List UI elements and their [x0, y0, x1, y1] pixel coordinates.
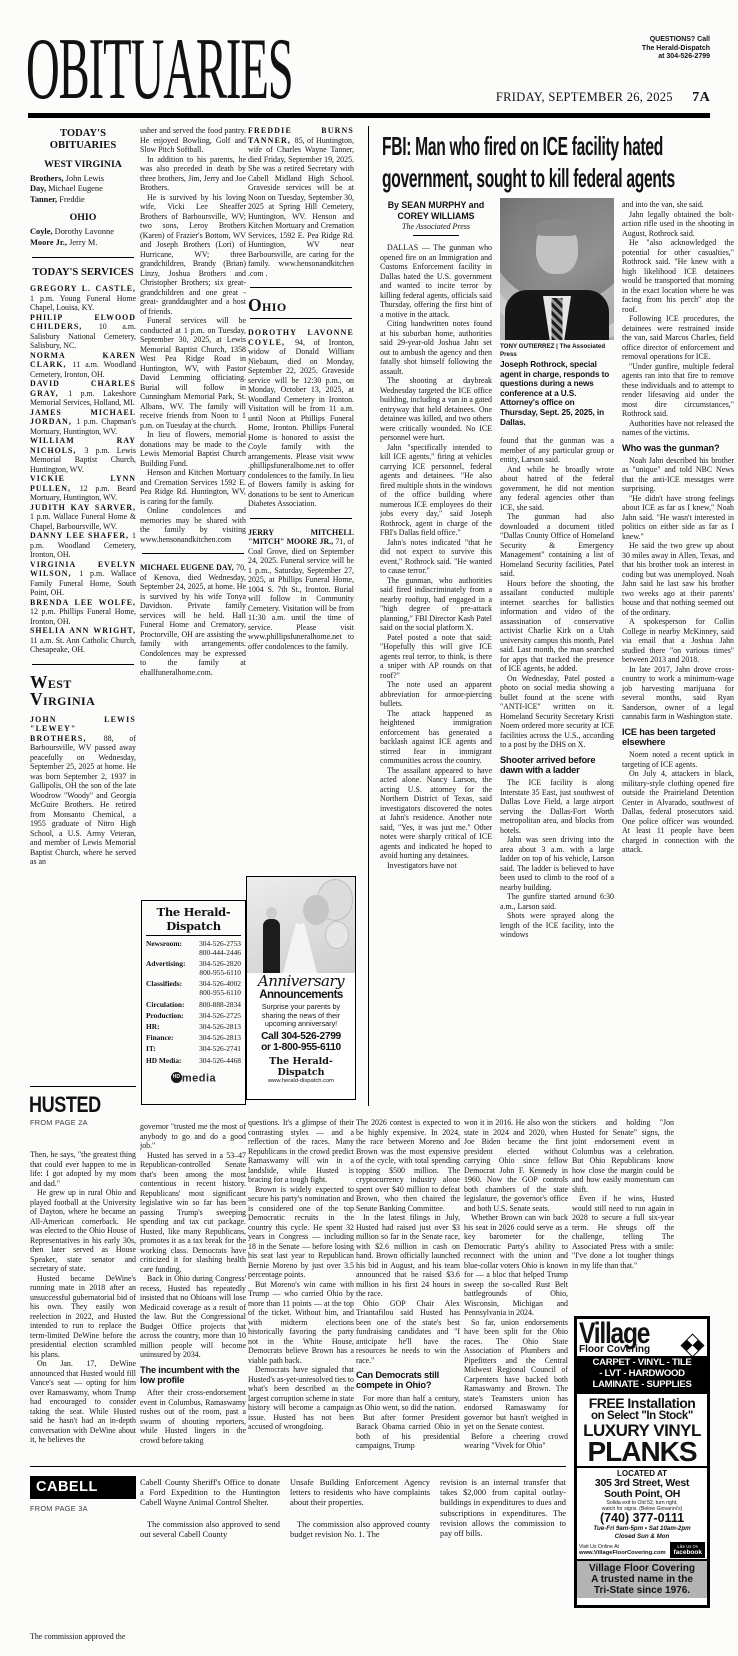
obituary-text: JOHN LEWIS "LEWEY" BROTHERS,88, of Barbo…	[30, 715, 136, 867]
obit-brothers-part1: JOHN LEWIS "LEWEY" BROTHERS,88, of Barbo…	[30, 715, 136, 867]
contact-row: Advertising: 304-526-2820800-955-6110	[146, 959, 241, 977]
article-paragraph: On Jan. 17, DeWine announced that Husted…	[30, 1359, 136, 1445]
husted-column-5: won it in 2016. He also won the state in…	[464, 1118, 568, 1462]
article-paragraph: The shooting at daybreak Wednesday targe…	[380, 376, 492, 443]
ad-phone: (740) 377-0111	[577, 1512, 707, 1525]
obits-column-3: FREDDIE BURNS TANNER,85, of Huntington, …	[248, 126, 354, 874]
obituary-text: Funeral services will be conducted at 1 …	[140, 316, 246, 430]
byline: By SEAN MURPHY and COREY WILLIAMS	[380, 200, 492, 221]
article-paragraph: found that the gunman was a member of an…	[500, 436, 614, 465]
obituary-text: He is survived by his loving wife, Vicki…	[140, 193, 246, 317]
divider	[250, 287, 352, 288]
location-block: LOCATED AT 305 3rd Street, West South Po…	[577, 1466, 707, 1540]
ad-brand: The Herald-Dispatch	[247, 1056, 355, 1078]
article-paragraph: Patel posted a note that said: "Hopefull…	[380, 633, 492, 681]
newspaper-page: OBITUARIES QUESTIONS? Call The Herald-Di…	[0, 0, 738, 1656]
article-paragraph: The incumbent with the low profile	[140, 1365, 246, 1386]
dateline: FRIDAY, SEPTEMBER 26, 2025 7A	[496, 90, 710, 106]
wv-obit-index: Brothers,John LewisDay,Michael EugeneTan…	[30, 174, 136, 205]
article-text: and into the van, she said.Jahn legally …	[622, 200, 734, 855]
husted-column-4: The 2026 contest is expected to be highl…	[356, 1118, 460, 1462]
article-paragraph: On July 4, attackers in black, military-…	[622, 769, 734, 855]
herald-dispatch-contact-box: The Herald-Dispatch Newsroom: 304-526-27…	[141, 900, 246, 1105]
balloon-icon	[325, 921, 349, 949]
service-entry: PHILIP ELWOOD CHILDERS,10 a.m. Salisbury…	[30, 313, 136, 351]
divider	[30, 1086, 136, 1087]
ad-script-word: Anniversary	[247, 974, 355, 989]
article-paragraph: The gunfire started around 6:30 a.m., La…	[500, 892, 614, 911]
obit-tanner: FREDDIE BURNS TANNER,85, of Huntington, …	[248, 126, 354, 278]
offer-block: FREE Installation on Select "In Stock" L…	[577, 1392, 707, 1466]
article-paragraph: Husted became DeWine's running mate in 2…	[30, 1274, 136, 1360]
online-block: Visit Us Online At www.VillageFloorCover…	[577, 1541, 707, 1559]
service-entry: VICKIE LYNN PULLEN,12 p.m. Beard Mortuar…	[30, 474, 136, 503]
divider	[30, 1466, 566, 1467]
service-entry: WILLIAM RAY NICHOLS,3 p.m. Lewis Memoria…	[30, 436, 136, 474]
fbi-column-1: By SEAN MURPHY and COREY WILLIAMS The As…	[380, 198, 492, 1106]
article-paragraph: He said the two grew up about 30 miles a…	[622, 541, 734, 617]
cabell-lead-in: The commission approved the	[30, 1632, 136, 1652]
service-entry: SHELIA ANN WRIGHT,11 a.m. St. Ann Cathol…	[30, 626, 136, 655]
article-paragraph: "He didn't have strong feelings about IC…	[622, 494, 734, 542]
article-paragraph: Jahn legally obtained the bolt-action ri…	[622, 210, 734, 239]
speaker-figure	[552, 298, 563, 340]
husted-column-6: stickers and holding "Jon Husted for Sen…	[572, 1118, 674, 1314]
cabell-jump-label: CABELL	[30, 1476, 136, 1499]
obit-day: MICHAEL EUGENE DAY,70, of Kenova, died W…	[140, 563, 246, 677]
article-paragraph: Husted has served in a 53–47 Republican-…	[140, 1151, 246, 1275]
article-paragraph: The commission also approved county budg…	[290, 1520, 430, 1540]
balloon-icon	[303, 895, 329, 925]
obituary-text: FREDDIE BURNS TANNER,85, of Huntington, …	[248, 126, 354, 278]
article-paragraph: "Under gunfire, multiple federal agents …	[622, 362, 734, 419]
ad-logo: Village Floor Covering	[577, 1319, 707, 1356]
list-item: Brothers,John Lewis	[30, 174, 136, 184]
obits-column-2: usher and served the food pantry. He enj…	[140, 126, 246, 898]
ad-title: Announcements	[247, 989, 355, 1001]
husted-from-page: FROM PAGE 2A	[30, 1118, 88, 1127]
wedding-couple-photo	[247, 877, 355, 973]
village-floor-covering-ad: Village Floor Covering CARPET - VINYL - …	[574, 1316, 710, 1608]
article-paragraph: The ICE facility is along Interstate 35 …	[500, 778, 614, 835]
article-paragraph: Can Democrats still compete in Ohio?	[356, 1370, 460, 1391]
service-entry: JUDITH KAY SARVER,1 p.m. Wallace Funeral…	[30, 503, 136, 532]
article-paragraph: After their cross-endorsement event in C…	[140, 1388, 246, 1445]
list-item: Moore Jr.,Jerry M.	[30, 238, 136, 248]
article-paragraph: Who was the gunman?	[622, 443, 734, 453]
page-number: 7A	[692, 90, 710, 105]
fbi-column-2: TONY GUTIERREZ | The Associated Press Jo…	[500, 198, 614, 1106]
article-paragraph: Ohio GOP Chair Alex Triantafilou said Hu…	[356, 1299, 460, 1366]
obits-index-column: TODAY'S OBITUARIES WEST VIRGINIA Brother…	[30, 126, 136, 1082]
article-paragraph: Following ICE procedures, the detainees …	[622, 314, 734, 362]
article-paragraph: Even if he wins, Husted would still need…	[572, 1194, 674, 1270]
contact-row: HD Media: 304-526-4468	[146, 1056, 241, 1065]
article-text: found that the gunman was a member of an…	[500, 436, 614, 940]
article-paragraph: Unsafe Building Enforcement Agency lette…	[290, 1478, 430, 1509]
list-item: Day,Michael Eugene	[30, 184, 136, 194]
column-rule	[368, 126, 369, 1106]
divider	[32, 257, 134, 258]
contact-row: Circulation: 800-888-2834	[146, 1000, 241, 1009]
article-paragraph: revision is an internal transfer that ta…	[440, 1478, 566, 1539]
obituary-text: MICHAEL EUGENE DAY,70, of Kenova, died W…	[140, 563, 246, 677]
obit-coyle: DOROTHY LAVONNE COYLE,94, of Ironton, wi…	[248, 328, 354, 509]
article-paragraph: So far, union endorsements have been spl…	[464, 1318, 568, 1432]
article-paragraph: Democrats have signaled that Husted's as…	[248, 1365, 354, 1432]
article-paragraph: For more than half a century, as Ohio we…	[356, 1394, 460, 1413]
questions-note: QUESTIONS? Call The Herald-Dispatch at 3…	[642, 36, 710, 62]
cabell-column-3: revision is an internal transfer that ta…	[440, 1478, 566, 1654]
article-paragraph: Investigators have not	[380, 861, 492, 871]
service-entry: NORMA KAREN CLARK,11 a.m. Woodland Cemet…	[30, 351, 136, 380]
header-rule	[28, 113, 710, 118]
husted-column-3: questions. It's a glimpse of their contr…	[248, 1118, 354, 1462]
hd-media-icon: HD	[171, 1072, 182, 1083]
contact-row: HR: 304-526-2813	[146, 1022, 241, 1031]
cabell-column-2: Unsafe Building Enforcement Agency lette…	[290, 1478, 430, 1654]
list-item: Tanner,Freddie	[30, 195, 136, 205]
article-paragraph: Before a cheering crowd wearing "Vivek f…	[464, 1432, 568, 1451]
contact-row: Production: 304-526-2725	[146, 1011, 241, 1020]
article-paragraph: But after former President Barack Obama …	[356, 1413, 460, 1451]
cabell-from-page: FROM PAGE 3A	[30, 1504, 88, 1513]
obituary-text: Henson and Kitchen Mortuary and Crematio…	[140, 468, 246, 506]
list-item: Coyle,Dorothy Lavonne	[30, 227, 136, 237]
article-paragraph: He grew up in rural Ohio and played foot…	[30, 1188, 136, 1274]
speaker-figure	[536, 222, 578, 274]
article-paragraph: Jahn "specifically intended to kill ICE …	[380, 443, 492, 538]
obit-moore: JERRY MITCHELL "MITCH" MOORE JR.,71, of …	[248, 528, 354, 652]
service-entry: DANNY LEE SHAFER,1 p.m. Woodland Cemeter…	[30, 531, 136, 560]
fbi-article-headline: FBI: Man who fired on ICE facility hated…	[382, 130, 675, 194]
service-entry: GREGORY L. CASTLE,1 p.m. Young Funeral H…	[30, 284, 136, 313]
obituary-text: In addition to his parents, he was also …	[140, 155, 246, 193]
ad-url: www.VillageFloorCovering.com	[579, 1550, 666, 1556]
article-paragraph: The gunman, who authorities said fired i…	[380, 576, 492, 633]
article-paragraph: Citing handwritten notes found at his su…	[380, 319, 492, 376]
article-paragraph: The attack happened as heightened immigr…	[380, 709, 492, 766]
article-paragraph: Shooter arrived before dawn with a ladde…	[500, 755, 614, 776]
paper-name: The Herald-Dispatch	[642, 45, 710, 54]
service-entry: JAMES MICHAEL JORDAN,1 p.m. Chapman's Mo…	[30, 408, 136, 437]
husted-jump-label: HUSTED	[29, 1092, 101, 1118]
photo-caption: Joseph Rothrock, special agent in charge…	[500, 360, 614, 427]
article-paragraph: won it in 2016. He also won the state in…	[464, 1118, 568, 1213]
hd-media-logo: HDmedia	[146, 1069, 241, 1087]
contact-rows: Newsroom: 304-526-2753800-444-2446 Adver…	[146, 939, 241, 1065]
page-title: OBITUARIES	[26, 30, 293, 110]
divider	[142, 553, 244, 554]
fbi-column-3: and into the van, she said.Jahn legally …	[622, 200, 734, 1090]
article-text: DALLAS — The gunman who opened fire on a…	[380, 243, 492, 870]
brand-logo: The Herald-Dispatch	[146, 905, 241, 936]
ad-footer: Village Floor Covering A trusted name in…	[577, 1559, 707, 1598]
obituary-text: In lieu of flowers, memorial donations m…	[140, 430, 246, 468]
cabell-column-1: Cabell County Sheriff's Office to donate…	[140, 1478, 280, 1654]
wire-credit: The Associated Press	[380, 222, 492, 231]
ohio-obit-index: Coyle,Dorothy LavonneMoore Jr.,Jerry M.	[30, 227, 136, 248]
article-paragraph: Jahn's notes indicated "that he did not …	[380, 538, 492, 576]
services-list: GREGORY L. CASTLE,1 p.m. Young Funeral H…	[30, 284, 136, 655]
contact-row: Finance: 304-526-2813	[146, 1033, 241, 1042]
anniversary-announcements-ad: Anniversary Announcements Surprise your …	[246, 876, 356, 1100]
article-paragraph: The gunman had also downloaded a documen…	[500, 512, 614, 579]
contact-row: Newsroom: 304-526-2753800-444-2446	[146, 939, 241, 957]
todays-services-title: TODAY'S SERVICES	[30, 267, 136, 279]
article-paragraph: And while he broadly wrote about hatred …	[500, 465, 614, 513]
service-entry: VIRGINIA EVELYN WILSON,1 p.m. Wallace Fa…	[30, 560, 136, 598]
section-west-virginia: West Virginia	[30, 674, 136, 708]
obituary-text: JERRY MITCHELL "MITCH" MOORE JR.,71, of …	[248, 528, 354, 652]
article-paragraph: A spokesperson for Collin College in nea…	[622, 617, 734, 665]
article-paragraph: Noah Jahn described his brother as "uniq…	[622, 456, 734, 494]
article-paragraph: The 2026 contest is expected to be highl…	[356, 1118, 460, 1213]
article-paragraph: Brown is widely expected to secure his p…	[248, 1185, 354, 1280]
obituary-text: Online condolences and memories may be s…	[140, 506, 246, 544]
husted-column-1: Then, he says, "the greatest thing that …	[30, 1150, 136, 1462]
article-paragraph: The commission also approved to send out…	[140, 1520, 280, 1540]
article-paragraph: On Wednesday, Patel posted a photo on so…	[500, 674, 614, 750]
todays-obituaries-title: TODAY'S OBITUARIES	[30, 128, 136, 152]
press-conference-photo	[500, 198, 614, 340]
article-paragraph: and into the van, she said.	[622, 200, 734, 210]
obituary-text: DOROTHY LAVONNE COYLE,94, of Ironton, wi…	[248, 328, 354, 509]
divider	[250, 518, 352, 519]
article-paragraph: stickers and holding "Jon Husted for Sen…	[572, 1118, 674, 1194]
article-paragraph: questions. It's a glimpse of their contr…	[248, 1118, 354, 1185]
section-ohio: Ohio	[248, 297, 354, 314]
ad-body: Surprise your parents by sharing the new…	[250, 1003, 352, 1029]
article-paragraph: Back in Ohio during Congress' recess, Hu…	[140, 1274, 246, 1360]
article-paragraph: governor "trusted me the most of anybody…	[140, 1122, 246, 1151]
groom-figure	[263, 919, 280, 973]
article-paragraph: The note used an apparent abbreviation f…	[380, 680, 492, 709]
article-paragraph: Noem noted a recent uptick in targeting …	[622, 750, 734, 769]
article-paragraph: The assailant appeared to have acted alo…	[380, 766, 492, 861]
article-paragraph: Whether Brown can win back his seat in 2…	[464, 1213, 568, 1318]
facebook-icon: Like Us On facebook	[670, 1542, 705, 1558]
ad-url: www.herald-dispatch.com	[247, 1078, 355, 1084]
bride-figure	[283, 923, 317, 973]
article-paragraph: Cabell County Sheriff's Office to donate…	[140, 1478, 280, 1509]
article-paragraph: ICE has been targeted elsewhere	[622, 727, 734, 748]
article-paragraph: DALLAS — The gunman who opened fire on a…	[380, 243, 492, 319]
wv-label: WEST VIRGINIA	[30, 159, 136, 170]
ohio-label: OHIO	[30, 212, 136, 223]
article-paragraph: Then, he says, "the greatest thing that …	[30, 1150, 136, 1188]
article-paragraph: In the latest filings in July, Husted ha…	[356, 1213, 460, 1299]
byline-rule	[413, 235, 459, 236]
ad-phone: Call 304-526-2799 or 1-800-955-6110	[247, 1031, 355, 1054]
contact-row: IT: 304-526-2741	[146, 1044, 241, 1053]
service-entry: BRENDA LEE WOLFE,12 p.m. Phillips Funera…	[30, 598, 136, 627]
divider	[250, 318, 352, 319]
obit-brothers-part2: usher and served the food pantry. He enj…	[140, 126, 246, 544]
article-paragraph: He "also acknowledged the potential for …	[622, 238, 734, 314]
article-paragraph: But Moreno's win came with Trump — who c…	[248, 1280, 354, 1366]
questions-label: QUESTIONS?	[650, 36, 696, 43]
article-paragraph: Hours before the shooting, the assailant…	[500, 579, 614, 674]
contact-row: Classifieds: 304-526-4002800-955-6110	[146, 979, 241, 997]
article-paragraph: In late 2017, Jahn drove cross-country t…	[622, 665, 734, 722]
service-entry: DAVID CHARLES GRAY,1 p.m. Lakeshore Memo…	[30, 379, 136, 408]
products-band: CARPET - VINYL - TILE - LVT - HARDWOOD L…	[577, 1356, 707, 1392]
contact-phone: at 304-526-2799	[642, 53, 710, 62]
article-paragraph: Authorities have not released the names …	[622, 419, 734, 438]
article-paragraph: Shots were sprayed along the length of t…	[500, 911, 614, 940]
divider	[32, 664, 134, 665]
husted-column-2: governor "trusted me the most of anybody…	[140, 1122, 246, 1462]
photo-credit: TONY GUTIERREZ | The Associated Press	[500, 343, 614, 358]
issue-date: FRIDAY, SEPTEMBER 26, 2025	[496, 90, 673, 104]
obituary-text: usher and served the food pantry. He enj…	[140, 126, 246, 155]
article-paragraph: Jahn was seen driving into the area abou…	[500, 835, 614, 892]
